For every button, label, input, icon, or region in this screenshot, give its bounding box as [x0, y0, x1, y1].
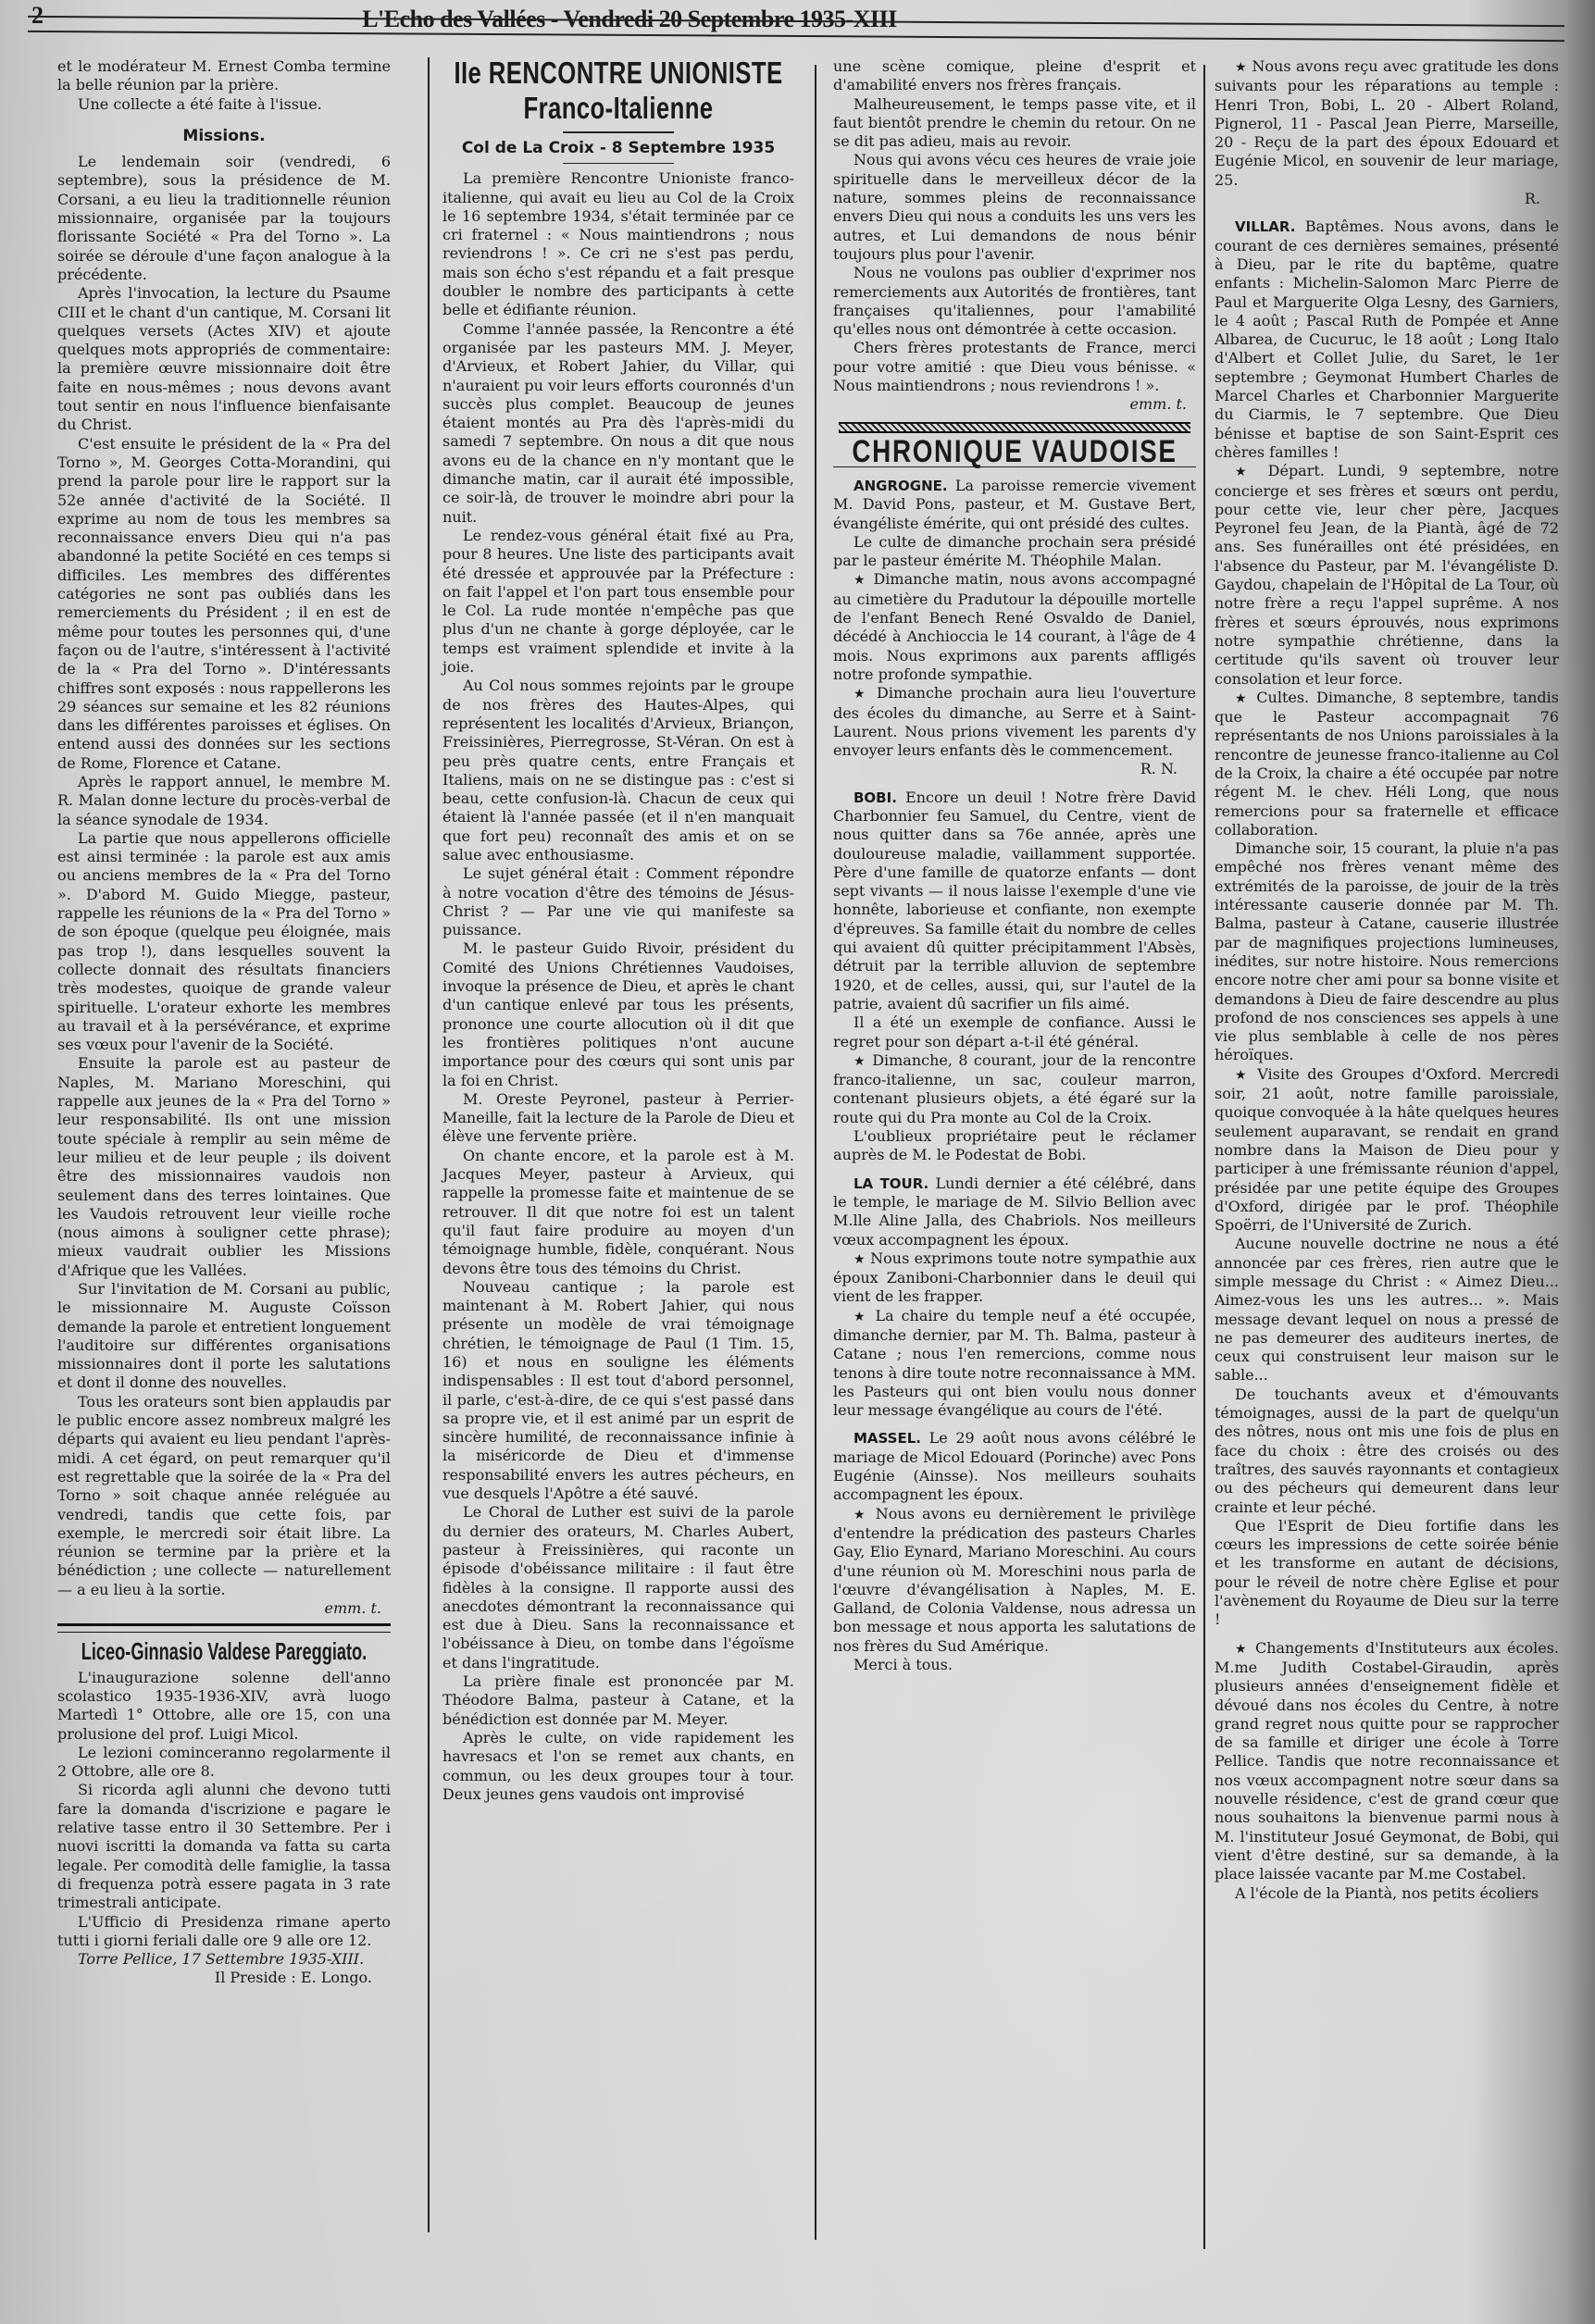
place-name: LA TOUR.	[854, 1175, 928, 1192]
place-name: VILLAR.	[1235, 218, 1295, 235]
paragraph: La partie que nous appellerons officiell…	[57, 829, 391, 1055]
paragraph: Sur l'invitation de M. Corsani au public…	[57, 1280, 391, 1393]
paragraph: M. Oreste Peyronel, pasteur à Perrier-Ma…	[442, 1090, 794, 1147]
newspaper-page: 2 L'Echo des Vallées - Vendredi 20 Septe…	[0, 0, 1595, 2324]
star-icon: ★	[854, 1508, 868, 1522]
section-headline-chronique: CHRONIQUE VAUDOISE	[835, 442, 1193, 461]
column-2: IIe RENCONTRE UNIONISTE Franco-Italienne…	[442, 56, 794, 1804]
paragraph: ★ Dimanche, 8 courant, jour de la rencon…	[833, 1051, 1196, 1127]
paragraph: Nouveau cantique ; la parole est mainten…	[442, 1278, 794, 1504]
star-icon: ★	[854, 1310, 867, 1324]
paragraph: M. le pasteur Guido Rivoir, président du…	[442, 939, 794, 1089]
ornamental-rule	[839, 422, 1190, 433]
paragraph: Nous ne voulons pas oublier d'exprimer n…	[833, 264, 1196, 339]
section-rule	[57, 1623, 391, 1633]
entry-text: Dimanche prochain aura lieu l'ouverture …	[833, 684, 1196, 759]
paragraph: ★ Nous avons eu dernièrement le privilèg…	[833, 1505, 1196, 1656]
paragraph: ★ Départ. Lundi, 9 septembre, notre conc…	[1215, 462, 1559, 689]
signature: R. N.	[833, 760, 1196, 778]
paragraph: et le modérateur M. Ernest Comba termine…	[57, 57, 391, 95]
entry-text: Nous avons eu dernièrement le privilège …	[833, 1505, 1196, 1655]
entry-text: Nous avons reçu avec gratitude les dons …	[1215, 57, 1559, 189]
masthead-double-rule	[28, 16, 1564, 42]
paragraph: Malheureusement, le temps passe vite, et…	[833, 95, 1196, 152]
rule	[563, 163, 674, 165]
star-icon: ★	[1235, 691, 1249, 706]
paragraph: ★ La chaire du temple neuf a été occupée…	[833, 1307, 1196, 1421]
paragraph: L'inaugurazione solenne dell'anno scolas…	[57, 1669, 391, 1744]
entry-text: Baptêmes. Nous avons, dans le courant de…	[1215, 217, 1559, 461]
liceo-headline: Liceo-Ginnasio Valdese Pareggiato.	[62, 1642, 386, 1660]
paragraph: A l'école de la Piantà, nos petits écoli…	[1215, 1884, 1559, 1903]
paragraph: Après l'invocation, la lecture du Psaume…	[57, 284, 391, 434]
column-3: une scène comique, pleine d'esprit et d'…	[833, 57, 1196, 1674]
star-icon: ★	[854, 1054, 866, 1069]
paragraph: Le lezioni cominceranno regolarmente il …	[57, 1744, 391, 1782]
entry-text: Dimanche matin, nous avons accompagné au…	[833, 570, 1196, 682]
paragraph: Le sujet général était : Comment répondr…	[442, 864, 794, 939]
paragraph: Une collecte a été faite à l'issue.	[57, 95, 391, 114]
signature: Il Preside : E. Longo.	[57, 1969, 391, 1987]
paragraph: Le rendez-vous général était fixé au Pra…	[442, 527, 794, 677]
article-headline-line2: Franco-Italienne	[438, 91, 799, 126]
paragraph: une scène comique, pleine d'esprit et d'…	[833, 57, 1196, 95]
section-heading-missions: Missions.	[57, 127, 391, 145]
signature: R.	[1215, 190, 1559, 208]
paragraph: ★ Nous avons reçu avec gratitude les don…	[1215, 57, 1559, 190]
parish-entry-la-tour: LA TOUR. Lundi dernier a été célébré, da…	[833, 1174, 1196, 1249]
paragraph: Chers frères protestants de France, merc…	[833, 339, 1196, 395]
paragraph: ★ Dimanche matin, nous avons accompagné …	[833, 570, 1196, 684]
star-icon: ★	[854, 1252, 866, 1267]
paragraph: Aucune nouvelle doctrine ne nous a été a…	[1215, 1235, 1559, 1385]
paragraph: Après le culte, on vide rapidement les h…	[442, 1729, 794, 1804]
paragraph: Si ricorda agli alunni che devono tutti …	[57, 1781, 391, 1912]
column-1: et le modérateur M. Ernest Comba termine…	[57, 57, 391, 1988]
paragraph: Nous qui avons vécu ces heures de vraie …	[833, 151, 1196, 264]
column-divider	[428, 57, 430, 2232]
paragraph: Comme l'année passée, la Rencontre a été…	[442, 320, 794, 527]
place-date: Torre Pellice, 17 Settembre 1935-XIII.	[57, 1950, 391, 1969]
entry-text: Nous exprimons toute notre sympathie aux…	[833, 1249, 1196, 1306]
parish-entry-bobi: BOBI. Encore un deuil ! Notre frère Davi…	[833, 789, 1196, 1014]
star-icon: ★	[1235, 1642, 1249, 1657]
paragraph: Le lendemain soir (vendredi, 6 septembre…	[57, 153, 391, 284]
article-headline: IIe RENCONTRE UNIONISTE	[438, 56, 799, 91]
paragraph: Ensuite la parole est au pasteur de Napl…	[57, 1054, 391, 1280]
paragraph: ★ Dimanche prochain aura lieu l'ouvertur…	[833, 684, 1196, 760]
entry-text: Dimanche, 8 courant, jour de la rencontr…	[833, 1051, 1196, 1126]
star-icon: ★	[1235, 465, 1255, 479]
star-icon: ★	[854, 573, 866, 588]
place-name: BOBI.	[854, 789, 897, 806]
paragraph: ★ Changements d'Instituteurs aux écoles.…	[1215, 1639, 1559, 1884]
place-name: MASSEL.	[854, 1430, 921, 1447]
place-name: ANGROGNE.	[854, 478, 948, 494]
column-4: ★ Nous avons reçu avec gratitude les don…	[1215, 57, 1559, 1903]
paragraph: Après le rapport annuel, le membre M. R.…	[57, 773, 391, 829]
paragraph: Merci à tous.	[833, 1656, 1196, 1674]
paragraph: Que l'Esprit de Dieu fortifie dans les c…	[1215, 1517, 1559, 1630]
paragraph: L'oublieux propriétaire peut le réclamer…	[833, 1127, 1196, 1165]
star-icon: ★	[1235, 1068, 1250, 1083]
entry-text: Départ. Lundi, 9 septembre, notre concie…	[1215, 462, 1559, 687]
paragraph: Le culte de dimanche prochain sera prési…	[833, 533, 1196, 571]
parish-entry-massel: MASSEL. Le 29 août nous avons célébré le…	[833, 1429, 1196, 1504]
paragraph: La prière finale est prononcée par M. Th…	[442, 1672, 794, 1729]
paragraph: ★ Visite des Groupes d'Oxford. Mercredi …	[1215, 1065, 1559, 1236]
parish-entry-angrogne: ANGROGNE. La paroisse remercie vivement …	[833, 477, 1196, 533]
signature: emm. t.	[57, 1599, 391, 1618]
entry-text: Cultes. Dimanche, 8 septembre, tandis qu…	[1215, 689, 1559, 839]
paragraph: De touchants aveux et d'émouvants témoig…	[1215, 1386, 1559, 1517]
paragraph: L'Ufficio di Presidenza rimane aperto tu…	[57, 1913, 391, 1951]
paragraph: ★ Nous exprimons toute notre sympathie a…	[833, 1249, 1196, 1307]
column-divider	[815, 65, 816, 2240]
paragraph: C'est ensuite le président de la « Pra d…	[57, 435, 391, 773]
paragraph: On chante encore, et la parole est à M. …	[442, 1147, 794, 1278]
star-icon: ★	[1235, 60, 1247, 75]
paragraph: ★ Cultes. Dimanche, 8 septembre, tandis …	[1215, 689, 1559, 839]
article-subtitle: Col de La Croix - 8 Septembre 1935	[442, 139, 794, 157]
parish-entry-villar: VILLAR. Baptêmes. Nous avons, dans le co…	[1215, 217, 1559, 462]
paragraph: La première Rencontre Unioniste franco-i…	[442, 169, 794, 319]
entry-text: Encore un deuil ! Notre frère David Char…	[833, 789, 1196, 1013]
masthead: 2 L'Echo des Vallées - Vendredi 20 Septe…	[0, 0, 1595, 56]
signature: emm. t.	[833, 395, 1196, 414]
paragraph: Au Col nous sommes rejoints par le group…	[442, 677, 794, 864]
paragraph: Le Choral de Luther est suivi de la paro…	[442, 1503, 794, 1672]
paragraph: Dimanche soir, 15 courant, la pluie n'a …	[1215, 839, 1559, 1065]
rule	[563, 131, 674, 133]
paragraph: Tous les orateurs sont bien applaudis pa…	[57, 1393, 391, 1599]
star-icon: ★	[854, 687, 868, 702]
entry-text: Visite des Groupes d'Oxford. Mercredi so…	[1215, 1065, 1559, 1234]
column-divider	[1203, 65, 1205, 2249]
paragraph: Il a été un exemple de confiance. Aussi …	[833, 1013, 1196, 1051]
entry-text: La chaire du temple neuf a été occupée, …	[833, 1307, 1196, 1419]
entry-text: Changements d'Instituteurs aux écoles. M…	[1215, 1639, 1559, 1883]
